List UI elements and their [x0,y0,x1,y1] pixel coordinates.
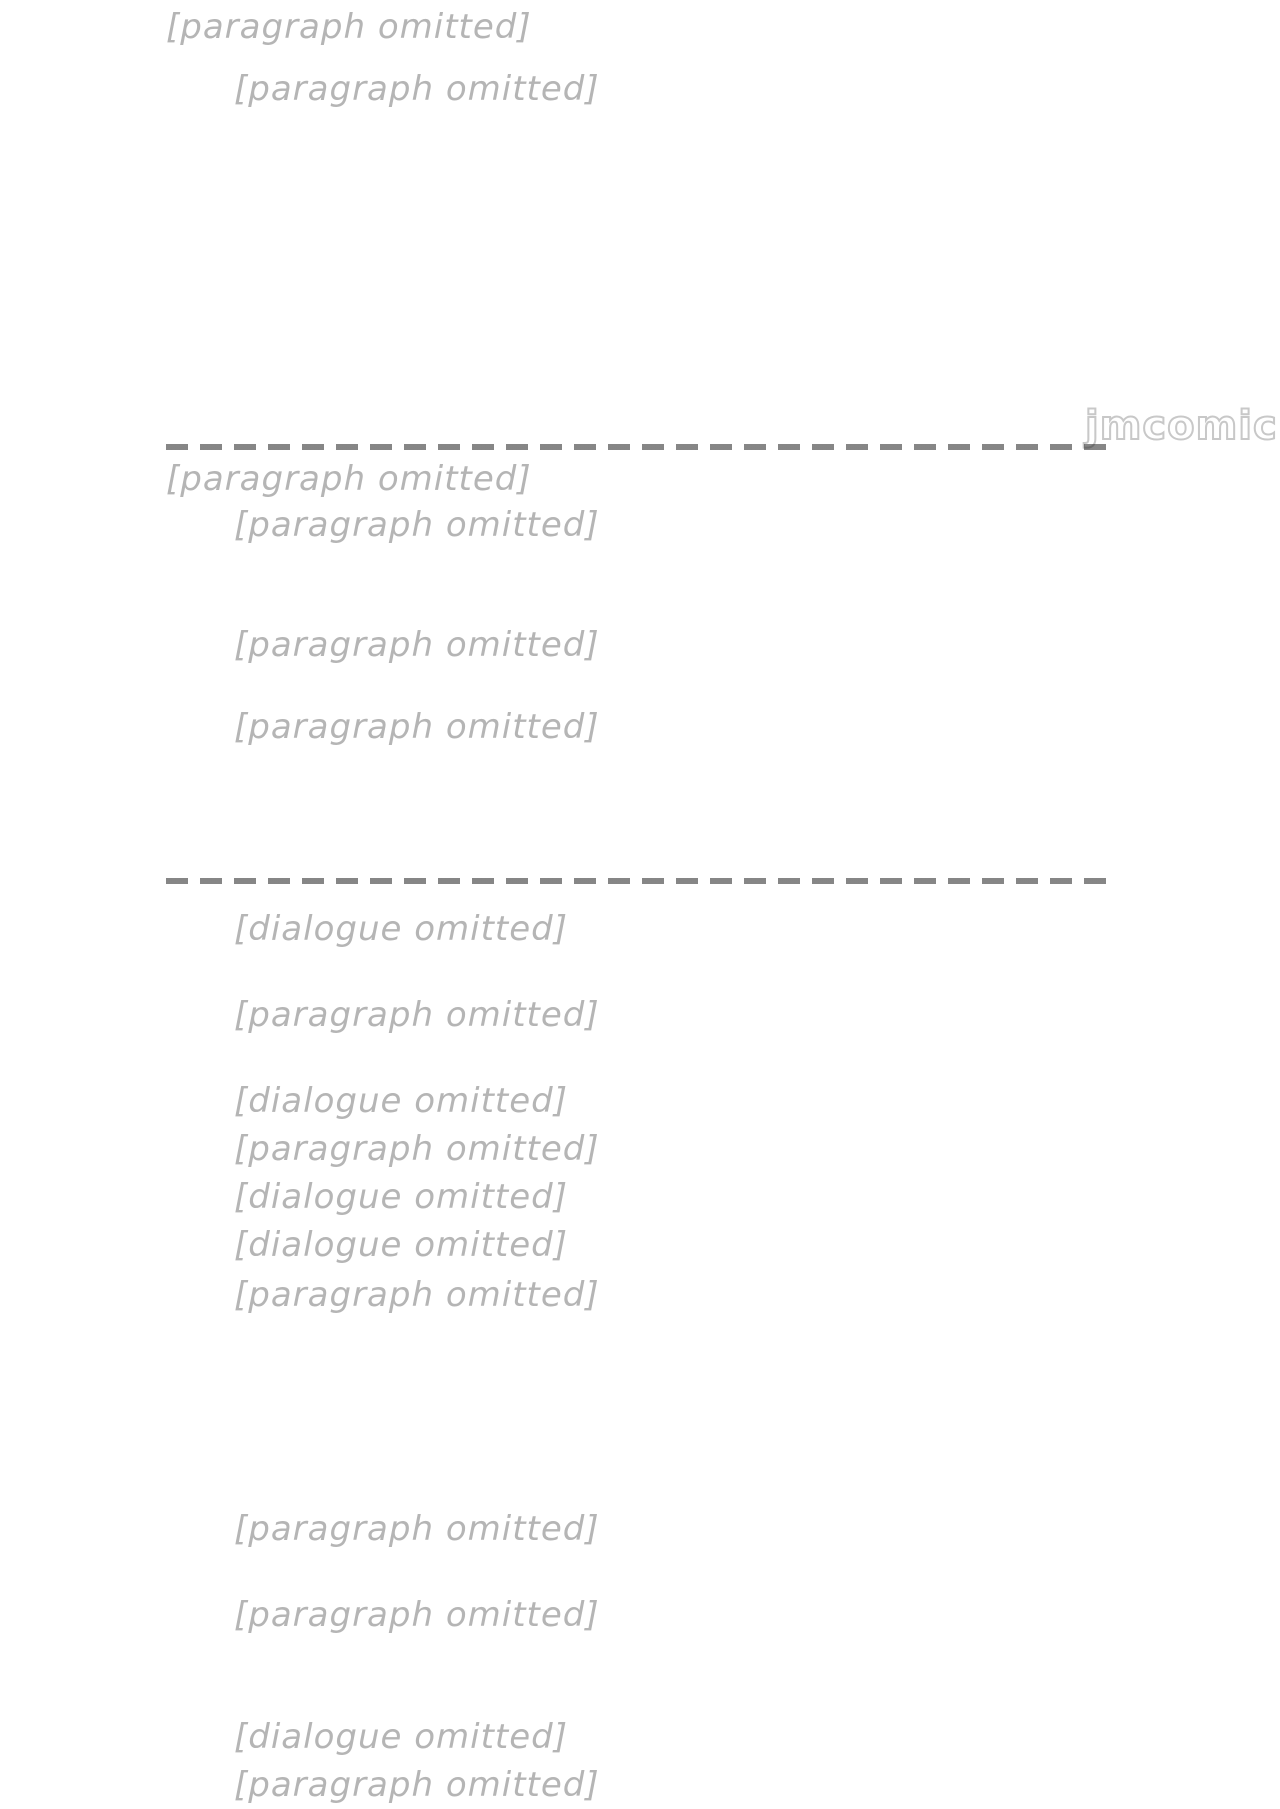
text-panel-2: [paragraph omitted] [paragraph omitted] … [0,440,1280,890]
paragraph: [paragraph omitted] [166,708,1116,746]
paragraph: [paragraph omitted] [166,70,1116,222]
dialogue-line: [dialogue omitted] [166,1718,1116,1756]
paragraph: [paragraph omitted] [166,1766,1116,1804]
dialogue-line: [dialogue omitted] [166,1082,1116,1120]
dialogue-line: [dialogue omitted] [166,910,1116,948]
paragraph: [paragraph omitted] [166,1510,1116,1548]
paragraph: [paragraph omitted] [166,506,1116,544]
paragraph: [paragraph omitted] [166,1130,1116,1168]
text-panel-1: [paragraph omitted] [paragraph omitted] [0,0,1280,230]
paragraph: [paragraph omitted] [166,626,1116,664]
dialogue-line: [dialogue omitted] [166,1178,1116,1216]
paragraph: [paragraph omitted] [166,1596,1116,1634]
text-panel-3: [dialogue omitted] [paragraph omitted] [… [0,910,1280,1350]
text-panel-4: [paragraph omitted] [paragraph omitted] … [0,1510,1280,1809]
paragraph: [paragraph omitted] [166,1276,1116,1314]
cut-line [166,444,1116,450]
cut-line [166,878,1116,884]
paragraph: [paragraph omitted] [166,460,1116,498]
paragraph: [paragraph omitted] [166,996,1116,1034]
dialogue-line: [dialogue omitted] [166,1226,1116,1264]
